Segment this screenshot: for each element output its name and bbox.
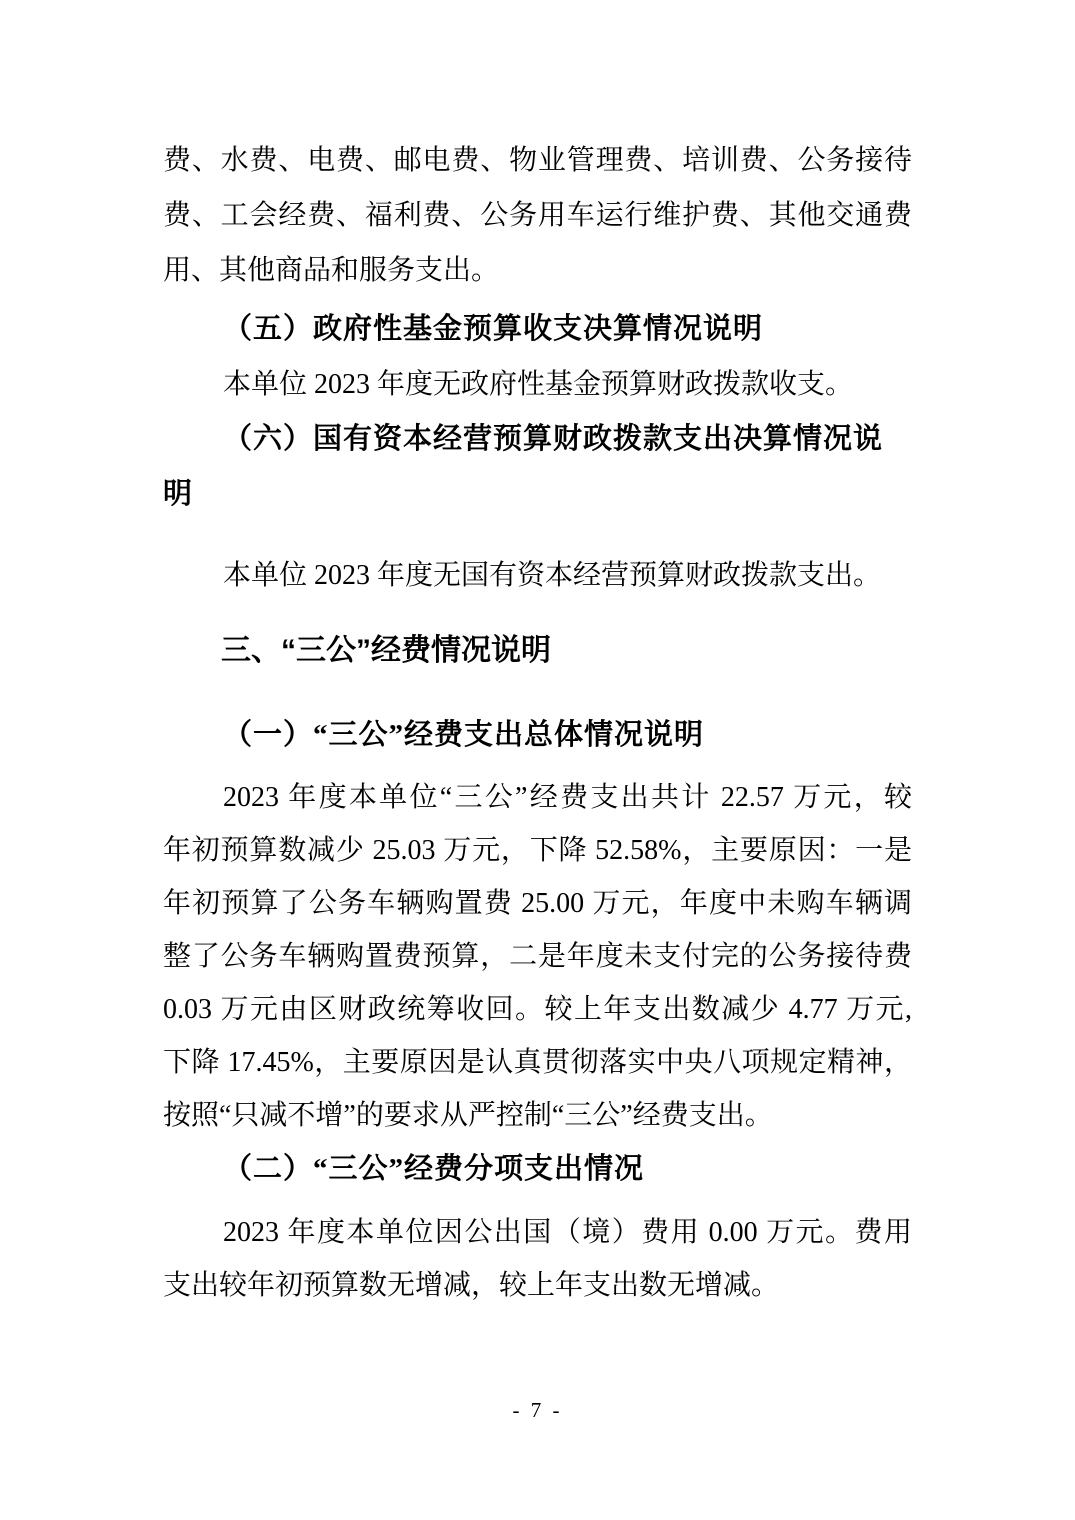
section-6-heading: （六）国有资本经营预算财政拨款支出决算情况说明 (163, 412, 912, 522)
paragraph-line: 2023 年度本单位“三公”经费支出共计 22.57 万元，较 (163, 771, 912, 824)
section-3-1-paragraph: 2023 年度本单位“三公”经费支出共计 22.57 万元，较 年初预算数减少 … (163, 771, 912, 1142)
paragraph-line: 2023 年度本单位因公出国（境）费用 0.00 万元。费用 (163, 1206, 912, 1259)
section-3-heading: 三、“三公”经费情况说明 (163, 623, 912, 678)
section-3-1-heading: （一）“三公”经费支出总体情况说明 (163, 708, 912, 763)
section-5-paragraph: 本单位 2023 年度无政府性基金预算财政拨款收支。 (163, 357, 912, 412)
paragraph-line: 支出较年初预算数无增减，较上年支出数无增减。 (163, 1259, 912, 1312)
document-content: 费、水费、电费、邮电费、物业管理费、培训费、公务接待 费、工会经费、福利费、公务… (163, 133, 912, 1312)
document-page: 费、水费、电费、邮电费、物业管理费、培训费、公务接待 费、工会经费、福利费、公务… (0, 0, 1075, 1520)
continued-paragraph-line: 用、其他商品和服务支出。 (163, 243, 912, 298)
continued-paragraph-line: 费、工会经费、福利费、公务用车运行维护费、其他交通费 (163, 188, 912, 243)
paragraph-line: 年初预算数减少 25.03 万元，下降 52.58%，主要原因：一是 (163, 824, 912, 877)
paragraph-line: 年初预算了公务车辆购置费 25.00 万元，年度中未购车辆调 (163, 877, 912, 930)
paragraph-line: 0.03 万元由区财政统筹收回。较上年支出数减少 4.77 万元, (163, 983, 912, 1036)
section-5-heading: （五）政府性基金预算收支决算情况说明 (163, 302, 912, 357)
section-3-2-heading: （二）“三公”经费分项支出情况 (163, 1142, 912, 1197)
section-6-paragraph: 本单位 2023 年度无国有资本经营预算财政拨款支出。 (163, 548, 912, 603)
section-3-2-paragraph: 2023 年度本单位因公出国（境）费用 0.00 万元。费用 支出较年初预算数无… (163, 1206, 912, 1312)
paragraph-line: 下降 17.45%，主要原因是认真贯彻落实中央八项规定精神， (163, 1036, 912, 1089)
paragraph-line: 按照“只减不增”的要求从严控制“三公”经费支出。 (163, 1089, 912, 1142)
continued-paragraph-line: 费、水费、电费、邮电费、物业管理费、培训费、公务接待 (163, 133, 912, 188)
paragraph-line: 整了公务车辆购置费预算，二是年度未支付完的公务接待费 (163, 930, 912, 983)
page-number: - 7 - (0, 1398, 1075, 1423)
